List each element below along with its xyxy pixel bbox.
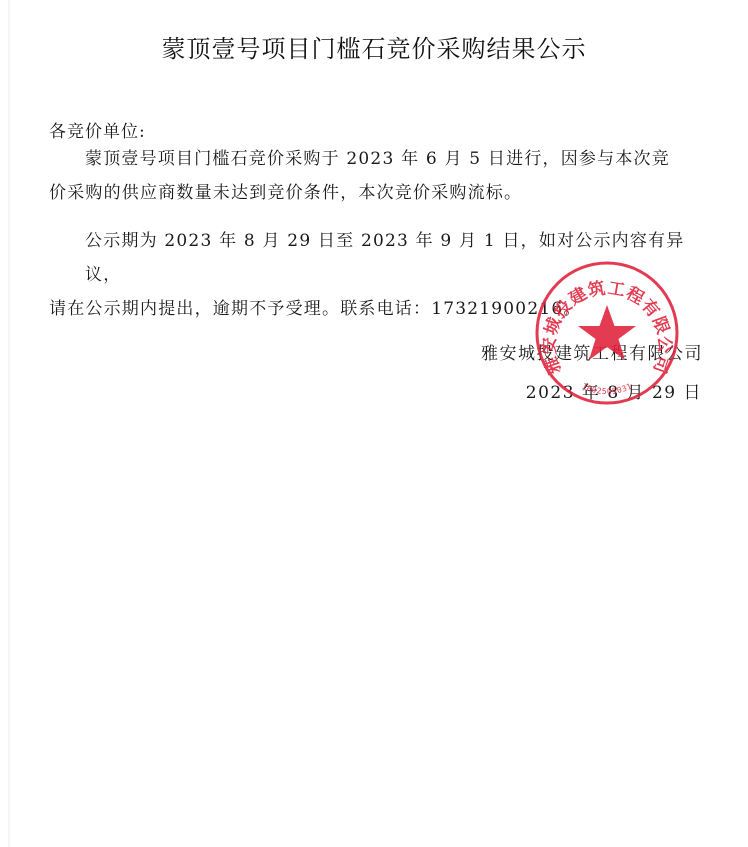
signature-date: 2023 年 8 月 29 日	[526, 378, 702, 403]
salutation: 各竞价单位:	[49, 117, 146, 142]
signature-organization: 雅安城投建筑工程有限公司	[481, 339, 703, 364]
paragraph-line: 请在公示期内提出，逾期不予受理。联系电话：17321900216。	[49, 292, 709, 326]
paragraph-line: 价采购的供应商数量未达到竞价条件，本次竞价采购流标。	[49, 176, 709, 210]
paragraph-result: 蒙顶壹号项目门槛石竞价采购于 2023 年 6 月 5 日进行，因参与本次竞 价…	[49, 142, 709, 210]
document-title: 蒙顶壹号项目门槛石竞价采购结果公示	[0, 29, 748, 64]
paragraph-notice-period: 公示期为 2023 年 8 月 29 日至 2023 年 9 月 1 日，如对公…	[49, 224, 709, 326]
paragraph-line: 蒙顶壹号项目门槛石竞价采购于 2023 年 6 月 5 日进行，因参与本次竞	[49, 142, 709, 176]
document-page: 蒙顶壹号项目门槛石竞价采购结果公示 各竞价单位: 蒙顶壹号项目门槛石竞价采购于 …	[0, 0, 748, 847]
paragraph-line: 公示期为 2023 年 8 月 29 日至 2023 年 9 月 1 日，如对公…	[49, 224, 709, 292]
scan-edge	[8, 0, 11, 847]
